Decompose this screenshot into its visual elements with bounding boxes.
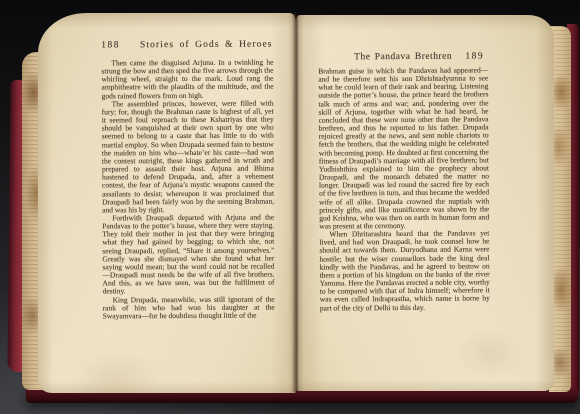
photo-backdrop: 188 Stories of Gods & Heroes Then came t… <box>0 0 580 414</box>
paragraph: Brahman guise in which the Pandavas had … <box>318 66 489 230</box>
right-page-header: The Pandava Brethren 189 <box>318 51 488 65</box>
book-gutter-shadow <box>292 14 299 392</box>
right-page-body: Brahman guise in which the Pandavas had … <box>318 66 490 312</box>
left-page-header: 188 Stories of Gods & Heroes <box>101 40 273 54</box>
paragraph: Forthwith Draupadi departed with Arjuna … <box>102 214 274 296</box>
paragraph: King Drupada, meanwhile, was still ignor… <box>103 295 275 320</box>
paragraph: When Dhritarashtra heard that the Pandav… <box>319 230 490 313</box>
right-running-header: The Pandava Brethren <box>318 51 488 62</box>
paragraph: The assembled princes, however, were fil… <box>102 99 275 214</box>
left-page-number: 188 <box>101 40 120 50</box>
left-page-body: Then came the disguised Arjuna. In a twi… <box>101 59 274 321</box>
paragraph: Then came the disguised Arjuna. In a twi… <box>101 59 273 101</box>
right-page-number: 189 <box>465 51 484 61</box>
left-running-header: Stories of Gods & Heroes <box>129 39 283 50</box>
right-page: The Pandava Brethren 189 Brahman guise i… <box>296 15 554 391</box>
left-page: 188 Stories of Gods & Heroes Then came t… <box>38 13 296 393</box>
